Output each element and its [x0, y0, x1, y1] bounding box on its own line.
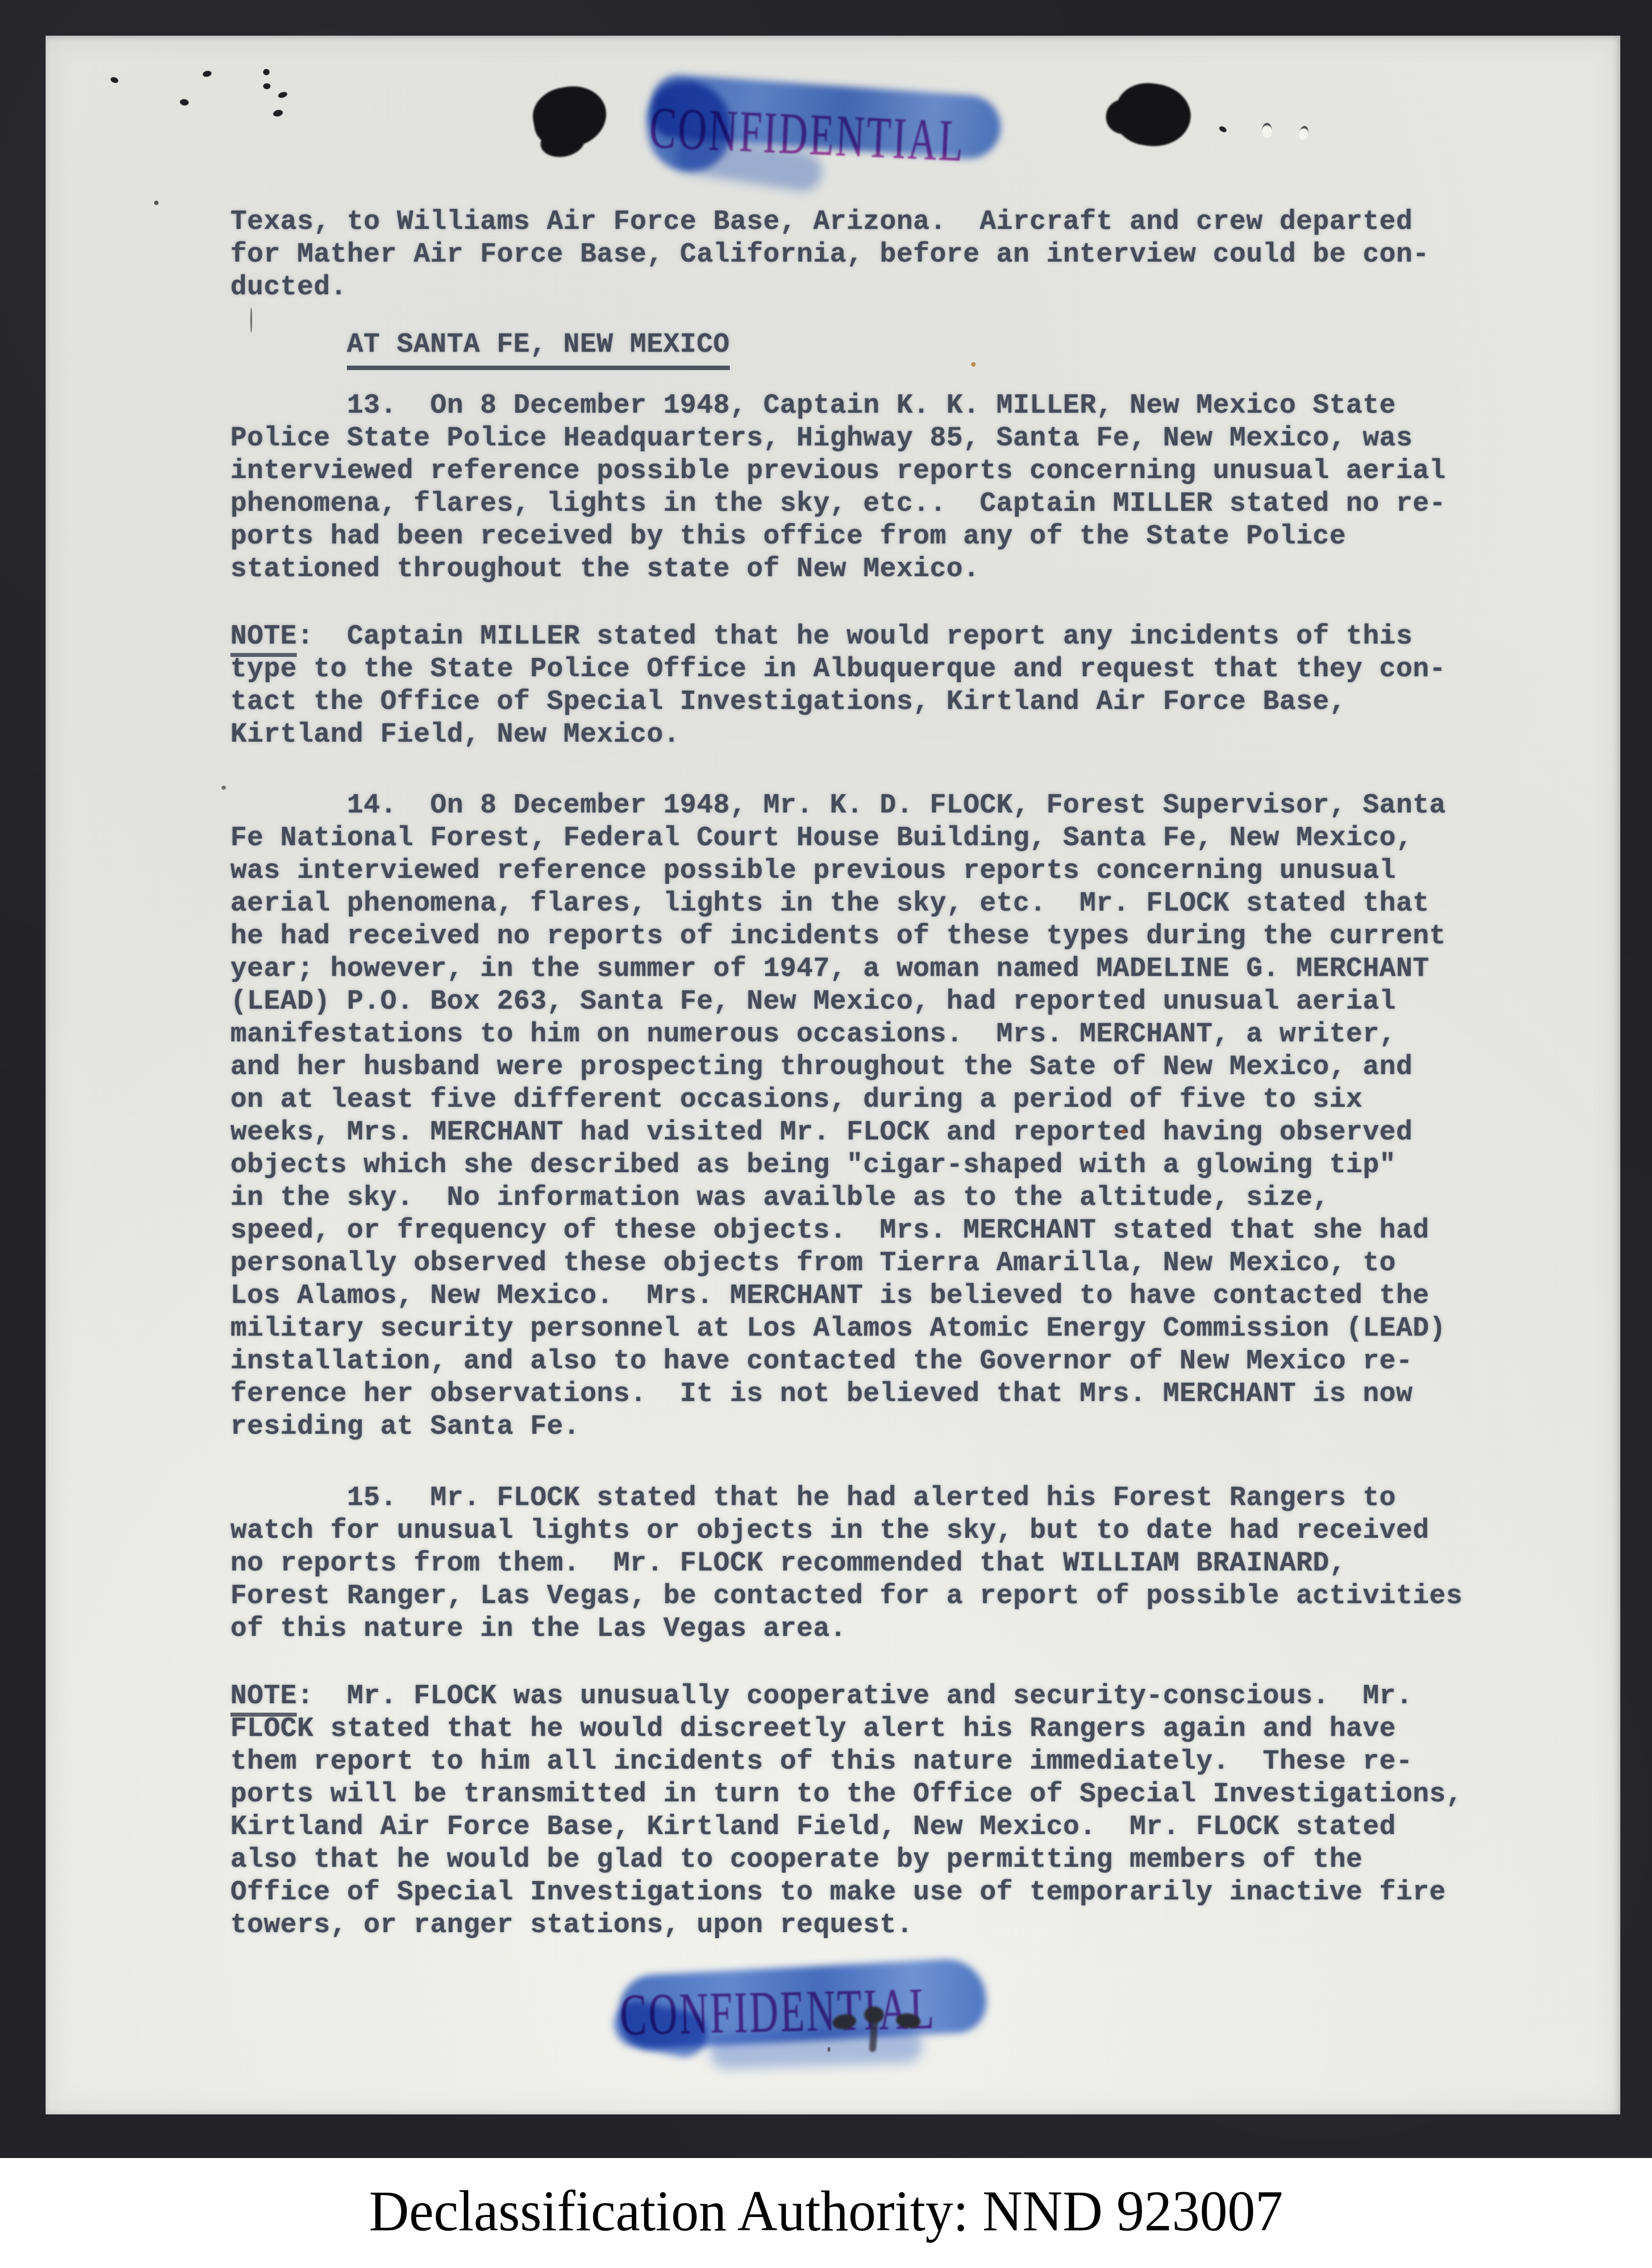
- note-paragraph-2: NOTE: Mr. FLOCK was unusually cooperativ…: [230, 1680, 1529, 1942]
- scan-speck: [110, 76, 119, 84]
- declassification-authority-text: Declassification Authority: NND 923007: [0, 2178, 1652, 2245]
- scan-speck: [263, 69, 270, 75]
- scan-speck: [221, 786, 226, 790]
- note-paragraph-1: NOTE: Captain MILLER stated that he woul…: [230, 620, 1529, 751]
- note-1-text: : Captain MILLER stated that he would re…: [230, 621, 1446, 750]
- scan-speck: [1218, 125, 1228, 134]
- paragraph-13: 13. On 8 December 1948, Captain K. K. MI…: [230, 389, 1529, 586]
- scan-speck: [154, 201, 159, 205]
- hole-punch-left-icon: [529, 81, 611, 153]
- paper-flaw: [1262, 123, 1272, 138]
- hole-punch-right-icon: [1111, 79, 1195, 151]
- paragraph-14: 14. On 8 December 1948, Mr. K. D. FLOCK,…: [230, 789, 1529, 1443]
- scan-speck: [263, 83, 271, 89]
- scanned-document-page: CONFIDENTIAL Texas, to Williams Air Forc…: [0, 0, 1652, 2268]
- note-2-label: NOTE: [230, 1680, 297, 1717]
- scan-scratch: [250, 307, 252, 333]
- paragraph-intro: Texas, to Williams Air Force Base, Arizo…: [230, 206, 1529, 304]
- document-paper: CONFIDENTIAL Texas, to Williams Air Forc…: [46, 36, 1620, 2114]
- section-heading: AT SANTA FE, NEW MEXICO: [347, 328, 730, 370]
- scan-speck: [179, 99, 189, 106]
- note-2-text: : Mr. FLOCK was unusually cooperative an…: [230, 1680, 1463, 1941]
- scan-speck: [277, 91, 288, 99]
- section-heading-text: AT SANTA FE, NEW MEXICO: [347, 328, 730, 370]
- paper-stain: [971, 362, 976, 367]
- paper-stain: [1122, 1130, 1126, 1134]
- paragraph-15: 15. Mr. FLOCK stated that he had alerted…: [230, 1482, 1529, 1645]
- scan-speck: [273, 109, 284, 117]
- ink-blot: [864, 2006, 884, 2023]
- scan-speck: [827, 2047, 830, 2052]
- note-1-label: NOTE: [230, 621, 297, 657]
- declassification-footer: Declassification Authority: NND 923007: [0, 2158, 1652, 2268]
- blue-marker-tail-bottom: [709, 2028, 923, 2070]
- paper-flaw: [1298, 125, 1310, 141]
- scan-speck: [202, 70, 212, 77]
